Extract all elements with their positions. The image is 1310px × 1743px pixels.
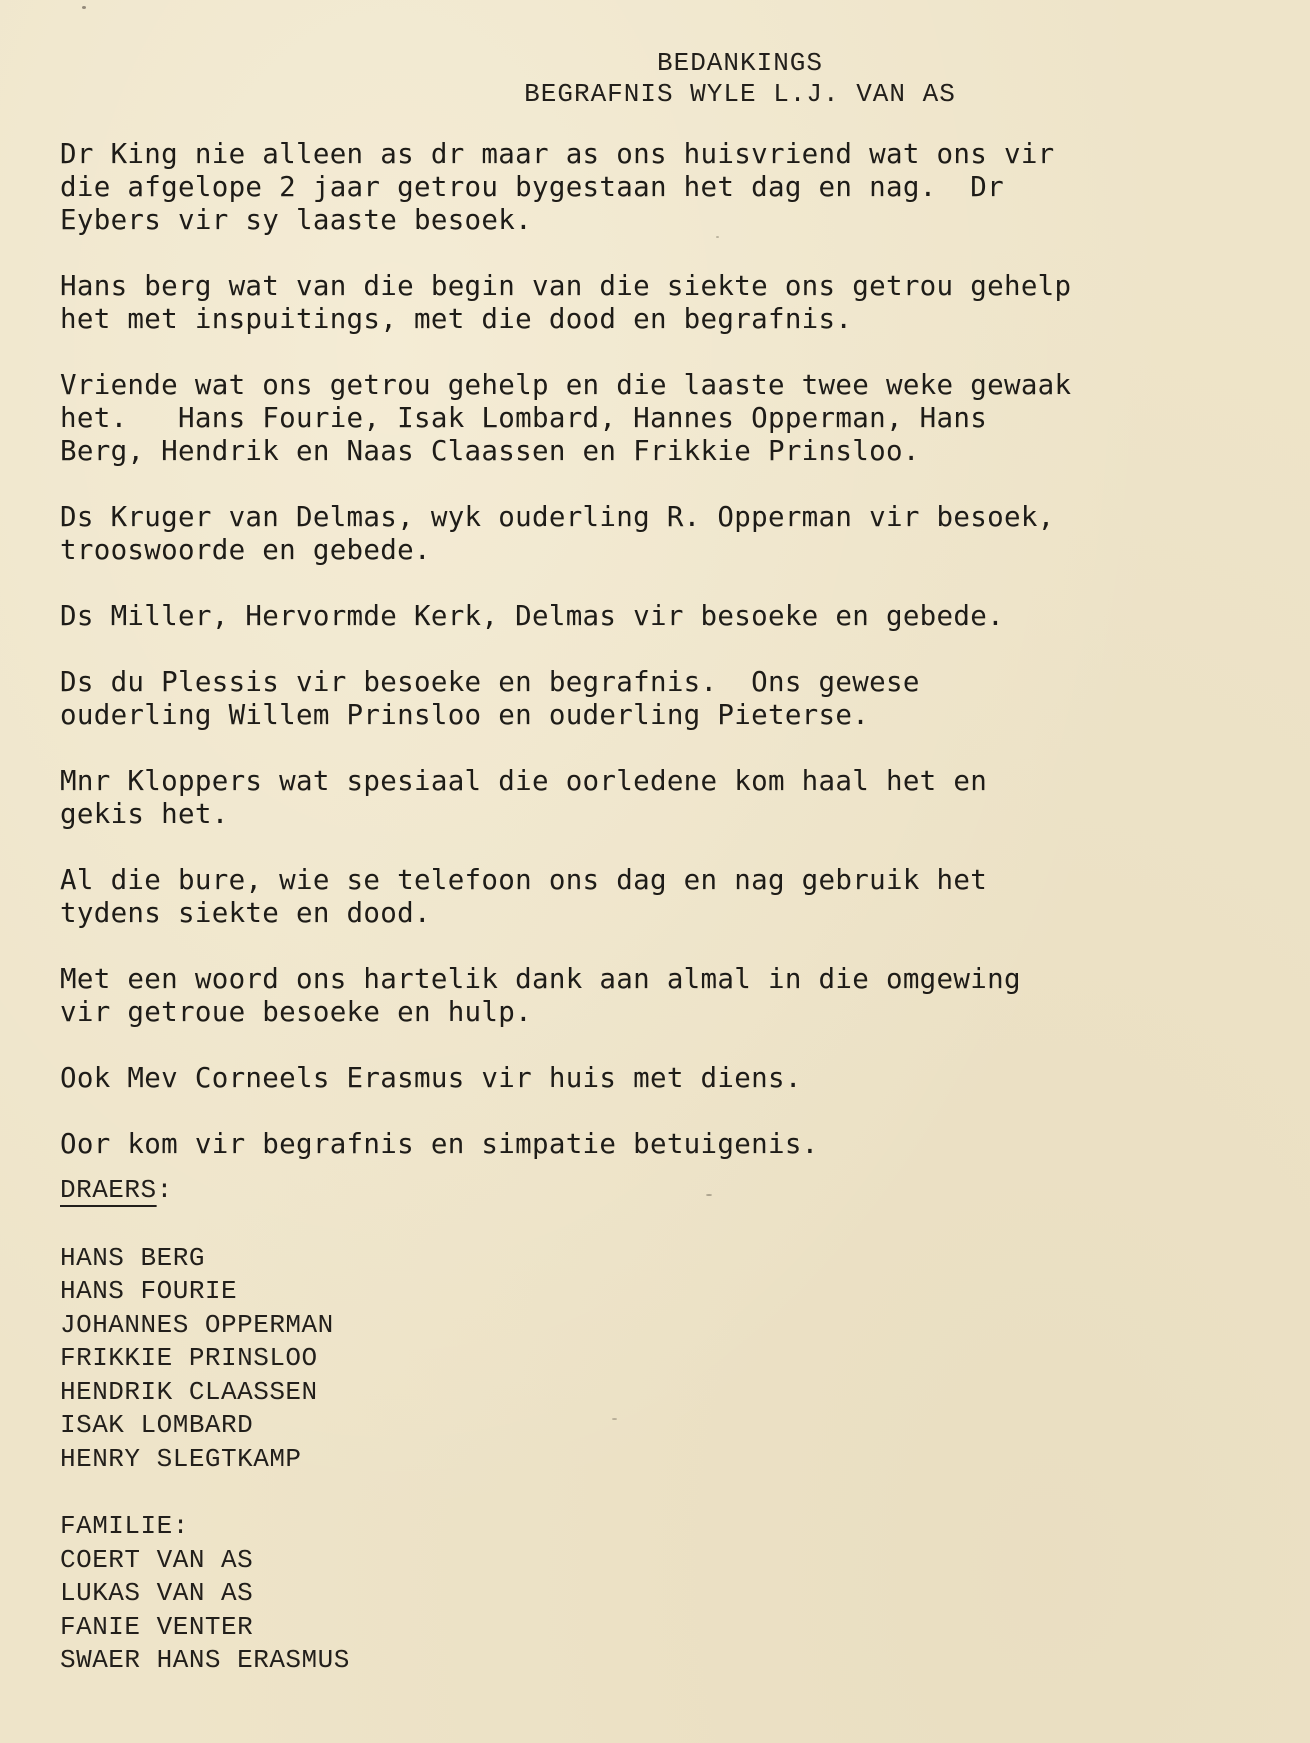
paragraph-vriende: Vriende wat ons getrou gehelp en die laa… <box>60 369 1290 468</box>
paragraph-hans-berg: Hans berg wat van die begin van die siek… <box>60 270 1290 336</box>
paper-speck <box>82 6 86 9</box>
family-member-name: SWAER HANS ERASMUS <box>60 1644 1290 1678</box>
paragraph-ds-kruger: Ds Kruger van Delmas, wyk ouderling R. O… <box>60 501 1290 567</box>
pallbearers-heading-colon: : <box>157 1175 173 1205</box>
thanks-body: Dr King nie alleen as dr maar as ons hui… <box>60 138 1290 1161</box>
document-page: BEDANKINGS BEGRAFNIS WYLE L.J. VAN AS Dr… <box>60 48 1290 1678</box>
pallbearers-section: DRAERS: HANS BERG HANS FOURIE JOHANNES O… <box>60 1174 1290 1476</box>
pallbearer-name: HANS FOURIE <box>60 1275 1290 1309</box>
document-subtitle: BEGRAFNIS WYLE L.J. VAN AS <box>190 79 1290 110</box>
pallbearer-name: ISAK LOMBARD <box>60 1409 1290 1443</box>
family-section: FAMILIE: COERT VAN AS LUKAS VAN AS FANIE… <box>60 1510 1290 1678</box>
paragraph-begrafnis: Oor kom vir begrafnis en simpatie betuig… <box>60 1128 1290 1161</box>
paragraph-bure: Al die bure, wie se telefoon ons dag en … <box>60 864 1290 930</box>
family-member-name: COERT VAN AS <box>60 1544 1290 1578</box>
paragraph-ds-du-plessis: Ds du Plessis vir besoeke en begrafnis. … <box>60 666 1290 732</box>
paragraph-ds-miller: Ds Miller, Hervormde Kerk, Delmas vir be… <box>60 600 1290 633</box>
paragraph-dr-king: Dr King nie alleen as dr maar as ons hui… <box>60 138 1290 237</box>
family-member-name: LUKAS VAN AS <box>60 1577 1290 1611</box>
document-title: BEDANKINGS <box>190 48 1290 79</box>
pallbearers-heading: DRAERS: <box>60 1174 173 1208</box>
paragraph-mev-erasmus: Ook Mev Corneels Erasmus vir huis met di… <box>60 1062 1290 1095</box>
pallbearers-heading-text: DRAERS <box>60 1175 157 1205</box>
pallbearer-name: FRIKKIE PRINSLOO <box>60 1342 1290 1376</box>
family-list: COERT VAN AS LUKAS VAN AS FANIE VENTER S… <box>60 1544 1290 1678</box>
family-heading: FAMILIE: <box>60 1510 1290 1544</box>
family-member-name: FANIE VENTER <box>60 1611 1290 1645</box>
pallbearer-name: HENRY SLEGTKAMP <box>60 1443 1290 1477</box>
document-header: BEDANKINGS BEGRAFNIS WYLE L.J. VAN AS <box>190 48 1290 110</box>
pallbearer-name: HENDRIK CLAASSEN <box>60 1376 1290 1410</box>
paragraph-almal: Met een woord ons hartelik dank aan alma… <box>60 963 1290 1029</box>
pallbearer-name: JOHANNES OPPERMAN <box>60 1309 1290 1343</box>
pallbearer-name: HANS BERG <box>60 1242 1290 1276</box>
pallbearers-list: HANS BERG HANS FOURIE JOHANNES OPPERMAN … <box>60 1242 1290 1477</box>
paragraph-mnr-kloppers: Mnr Kloppers wat spesiaal die oorledene … <box>60 765 1290 831</box>
